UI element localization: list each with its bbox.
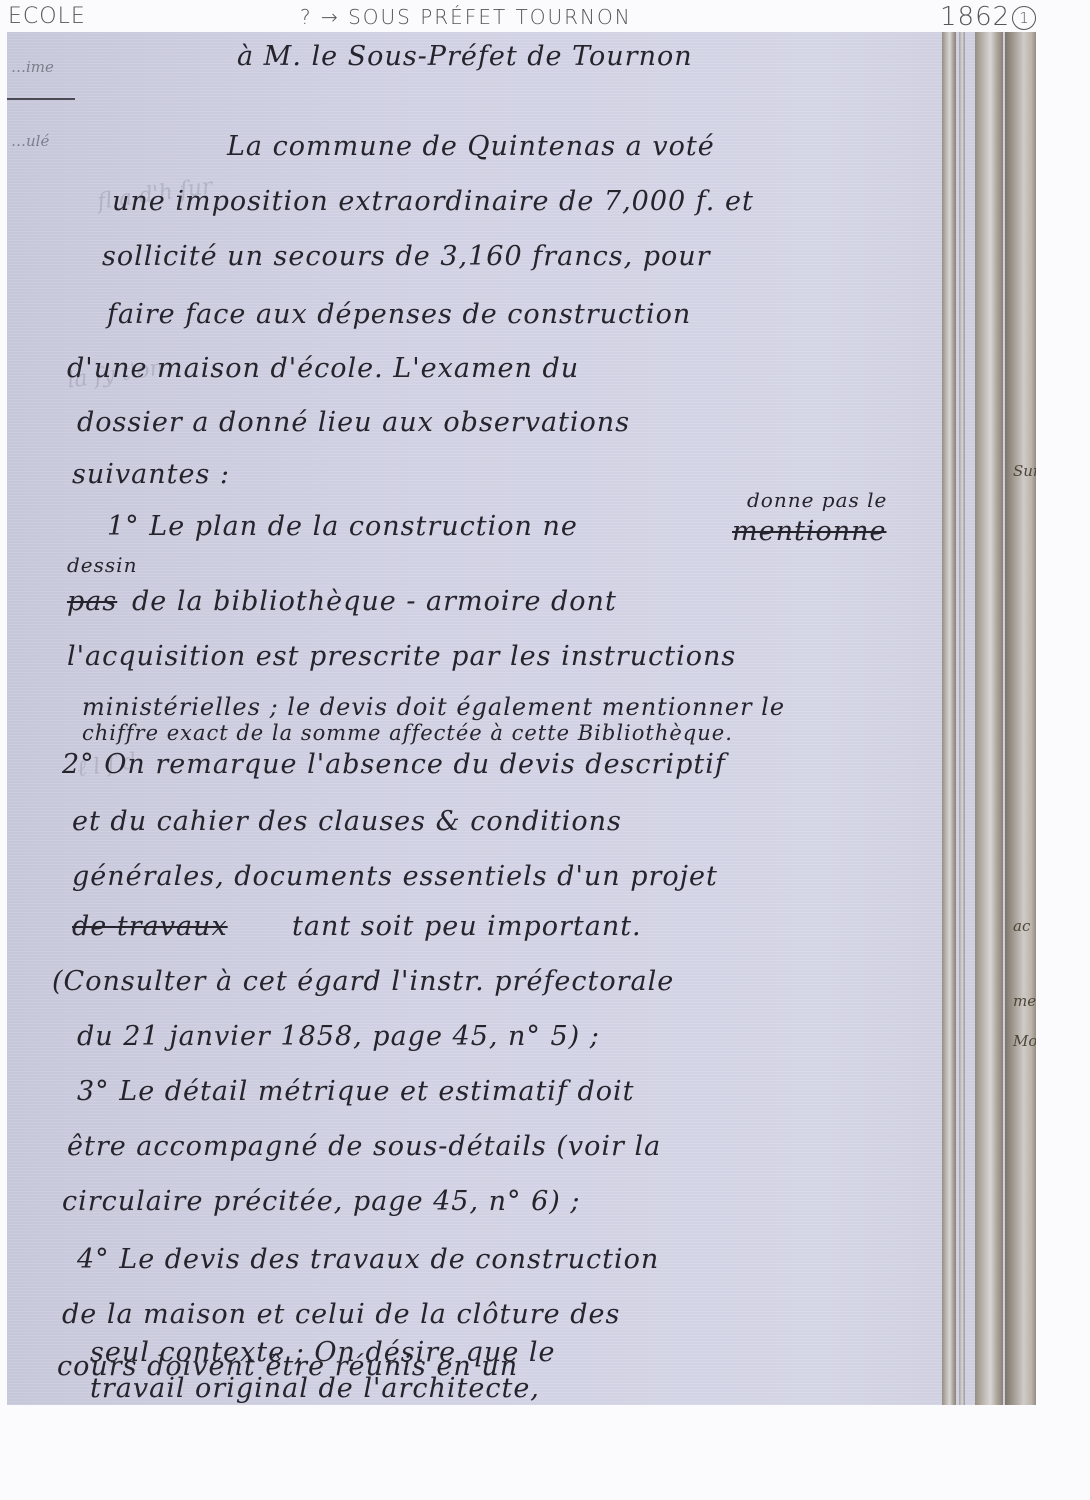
manuscript-line: circulaire précitée, page 45, n° 6) ; (62, 1177, 992, 1227)
margin-note: …ime (11, 58, 54, 76)
manuscript-line: de la bibliothèque - armoire dont (132, 577, 1036, 627)
side-fragment: ac (1013, 917, 1030, 935)
page-fold (959, 32, 965, 1405)
struck-word: de travaux (72, 902, 272, 952)
year-annotation: 1862 (940, 2, 1010, 32)
manuscript-line: sollicité un secours de 3,160 francs, po… (102, 232, 1032, 282)
manuscript-line: 4° Le devis des travaux de construction (77, 1235, 1007, 1285)
manuscript-line: tant soit peu important. (292, 902, 1036, 952)
margin-rule (7, 98, 75, 100)
side-fragment: Sur (1013, 462, 1036, 480)
manuscript-photo: ﬂ a d'h ſur la ſy t'on ℓ l ſ d …ime …ulé… (7, 32, 1036, 1405)
struck-word: mentionne (732, 507, 912, 557)
page-edge (1005, 32, 1036, 1405)
manuscript-line: générales, documents essentiels d'un pro… (72, 852, 1002, 902)
struck-word: pas (67, 577, 137, 627)
manuscript-line: 3° Le détail métrique et estimatif doit (77, 1067, 1007, 1117)
address-heading: à M. le Sous-Préfet de Tournon (237, 32, 1036, 82)
side-fragment: me (1013, 992, 1036, 1010)
page-number-badge: 1 (1012, 6, 1036, 30)
recipient-annotation: ? → SOUS PRÉFET TOURNON (300, 2, 632, 32)
page-fold (975, 32, 1003, 1405)
manuscript-line: 2° On remarque l'absence du devis descri… (62, 740, 992, 790)
manuscript-line: faire face aux dépenses de construction (107, 290, 1036, 340)
manuscript-line: du 21 janvier 1858, page 45, n° 5) ; (77, 1012, 1007, 1062)
margin-note: …ulé (11, 132, 49, 150)
struck-text: mentionne (732, 516, 886, 547)
struck-text: pas (67, 586, 117, 617)
page-fold (942, 32, 956, 1405)
manuscript-line: être accompagné de sous-détails (voir la (67, 1122, 997, 1172)
manuscript-line: l'acquisition est prescrite par les inst… (67, 632, 997, 682)
manuscript-line: et du cahier des clauses & conditions (72, 797, 1002, 847)
manuscript-line: (Consulter à cet égard l'instr. préfecto… (52, 957, 982, 1007)
interlinear-insertion: dessin (67, 552, 187, 578)
struck-text: de travaux (72, 911, 228, 942)
archive-label: ECOLE (8, 2, 86, 32)
manuscript-line: seul contexte ; On désire que le (90, 1328, 1020, 1378)
scan-background (0, 1405, 1090, 1500)
manuscript-line: travail original de l'architecte, (90, 1373, 1020, 1405)
manuscript-line: 1° Le plan de la construction ne (107, 502, 707, 552)
manuscript-line: une imposition extraordinaire de 7,000 f… (112, 177, 1036, 227)
manuscript-line: La commune de Quintenas a voté (227, 122, 1036, 172)
manuscript-line: d'une maison d'école. L'examen du (67, 344, 997, 394)
side-fragment: Mo (1013, 1032, 1036, 1050)
manuscript-line: dossier a donné lieu aux observations (77, 398, 1007, 448)
